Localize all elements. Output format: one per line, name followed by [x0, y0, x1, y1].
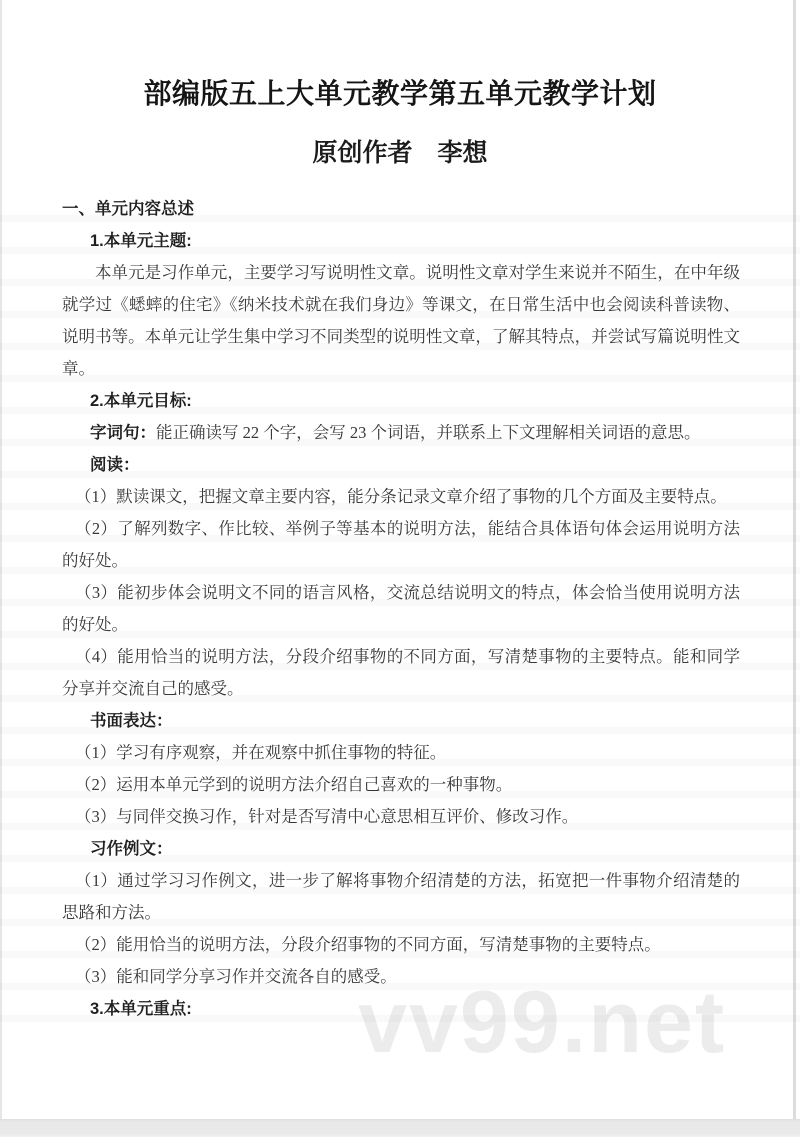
list-item: （2）了解列数字、作比较、举例子等基本的说明方法，能结合具体语句体会运用说明方法… — [62, 513, 740, 577]
section-heading: 一、单元内容总述 — [62, 193, 740, 225]
category-label: 阅读： — [90, 449, 740, 481]
document-body: 一、单元内容总述 1.本单元主题: 本单元是习作单元，主要学习写说明性文章。说明… — [62, 193, 740, 1025]
author-line: 原创作者 李想 — [0, 136, 800, 170]
labeled-paragraph: 字词句：能正确读写 22 个字，会写 23 个词语，并联系上下文理解相关词语的意… — [62, 417, 740, 449]
category-label: 习作例文： — [90, 833, 740, 865]
category-label: 书面表达： — [90, 705, 740, 737]
list-item: （1）学习有序观察，并在观察中抓住事物的特征。 — [62, 737, 740, 769]
list-item: （4）能用恰当的说明方法，分段介绍事物的不同方面，写清楚事物的主要特点。能和同学… — [62, 641, 740, 705]
list-item: （3）与同伴交换习作，针对是否写清中心意思相互评价、修改习作。 — [62, 801, 740, 833]
list-item: （3）能初步体会说明文不同的语言风格，交流总结说明文的特点，体会恰当使用说明方法… — [62, 577, 740, 641]
page-bottom-edge — [0, 1119, 800, 1137]
list-item: （2）运用本单元学到的说明方法介绍自己喜欢的一种事物。 — [62, 769, 740, 801]
paragraph: 本单元是习作单元，主要学习写说明性文章。说明性文章对学生来说并不陌生，在中年级就… — [62, 257, 740, 385]
list-item: （1）默读课文，把握文章主要内容，能分条记录文章介绍了事物的几个方面及主要特点。 — [62, 481, 740, 513]
labeled-paragraph-text: 能正确读写 22 个字，会写 23 个词语，并联系上下文理解相关词语的意思。 — [156, 423, 701, 442]
list-item: （2）能用恰当的说明方法，分段介绍事物的不同方面，写清楚事物的主要特点。 — [62, 929, 740, 961]
subsection-heading: 2.本单元目标: — [90, 385, 740, 417]
inline-label: 字词句： — [90, 424, 156, 442]
document-title: 部编版五上大单元教学第五单元教学计划 — [0, 74, 800, 114]
list-item: （3）能和同学分享习作并交流各自的感受。 — [62, 961, 740, 993]
document-header: 部编版五上大单元教学第五单元教学计划 原创作者 李想 — [0, 74, 800, 170]
list-item: （1）通过学习习作例文，进一步了解将事物介绍清楚的方法，拓宽把一件事物介绍清楚的… — [62, 865, 740, 929]
subsection-heading: 3.本单元重点: — [90, 993, 740, 1025]
scanned-document-page: vv99.net 部编版五上大单元教学第五单元教学计划 原创作者 李想 一、单元… — [0, 0, 800, 1137]
subsection-heading: 1.本单元主题: — [90, 225, 740, 257]
